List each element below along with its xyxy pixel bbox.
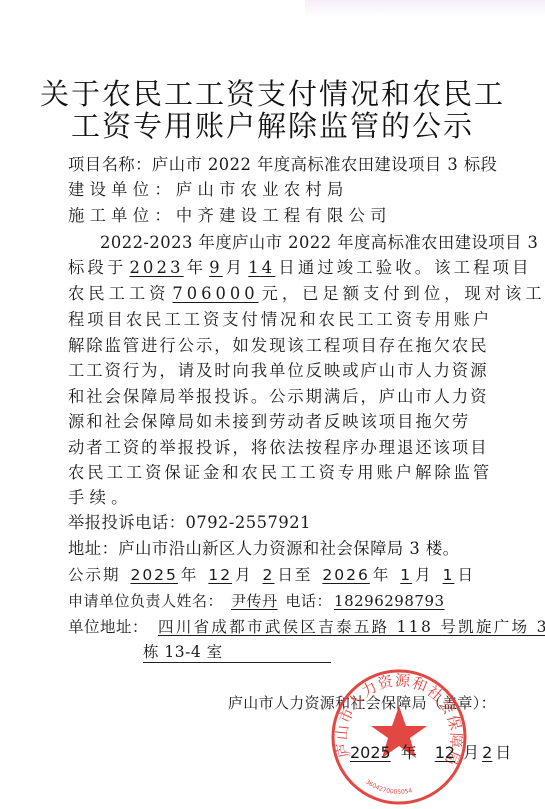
title-line-2: 工资专用账户解除监管的公示: [0, 110, 545, 142]
body-line-7: 和社会保障局举报投诉。公示期满后，庐山市人力资: [68, 387, 488, 407]
text: 月: [226, 258, 245, 277]
period-start-day: 2: [260, 566, 278, 584]
sign-year: 2025: [340, 743, 401, 762]
project-name-row: 项目名称：庐山市 2022 年度高标准农田建设项目 3 标段: [68, 155, 497, 175]
text: 日至: [277, 566, 312, 584]
unit-address-label: 单位地址：: [68, 618, 148, 636]
hotline-label: 举报投诉电话：: [68, 513, 185, 532]
body-line-10: 农民工工资保证金和农民工工资专用账户解除监管: [68, 463, 492, 483]
contractor-row: 施工单位：中齐建设工程有限公司: [68, 206, 392, 226]
builder-row: 建设单位：庐山市农业农村局: [68, 180, 349, 200]
wage-amount: 706000: [169, 284, 261, 303]
applicant-phone: 18296298793: [332, 592, 464, 610]
address-label: 地址：: [68, 539, 118, 558]
unit-address-row: 单位地址：四川省成都市武侯区吉泰五路 118 号凯旋广场 3: [68, 617, 545, 637]
text: 月: [235, 566, 253, 584]
text: 元，已足额支付到位，现对该工: [262, 284, 545, 303]
hotline-number: 0792-2557921: [185, 513, 310, 532]
unit-address-line-2: 栋 13-4 室: [143, 643, 223, 661]
project-name: 庐山市 2022 年度高标准农田建设项目 3 标段: [152, 155, 498, 174]
sign-month: 12: [417, 743, 463, 762]
acceptance-month: 9: [206, 258, 226, 277]
text: 日通过竣工验收。该工程项目: [278, 258, 531, 277]
text: 日: [495, 743, 511, 762]
text: 年: [181, 566, 199, 584]
official-seal-icon: 庐山市人力资源和社会保障局 3604270005054: [330, 668, 468, 806]
address-row: 地址：庐山市沿山新区人力资源和社会保障局 3 楼。: [68, 539, 459, 559]
project-name-label: 项目名称：: [68, 155, 152, 174]
phone-label: 电话：: [286, 592, 333, 610]
period-end-month: 1: [397, 566, 415, 584]
text: 日: [457, 566, 475, 584]
body-line-2: 标段于2023年9月14日通过竣工验收。该工程项目: [68, 258, 532, 278]
acceptance-year: 2023: [126, 258, 186, 277]
contractor: 中齐建设工程有限公司: [176, 206, 392, 225]
body-line-4: 程项目农民工工资支付情况和农民工工资专用账户: [68, 310, 492, 330]
signature-date: 2025年12月2日: [340, 740, 511, 763]
text: 月: [463, 743, 479, 762]
applicant-name: 尹传丹: [223, 592, 286, 610]
body-line-5: 解除监管进行公示，如发现该工程项目存在拖欠农民: [68, 336, 488, 356]
period-start-year: 2025: [127, 566, 180, 584]
contractor-label: 施工单位：: [68, 206, 176, 225]
builder: 庐山市农业农村局: [176, 180, 349, 199]
applicant-label: 申请单位负责人姓名：: [68, 592, 223, 610]
body-line-1: 2022-2023 年度庐山市 2022 年度高标准农田建设项目 3: [100, 233, 538, 253]
acceptance-day: 14: [245, 258, 278, 277]
unit-address-row-2: 栋 13-4 室: [143, 642, 331, 663]
unit-address-line-1: 四川省成都市武侯区吉泰五路 118 号凯旋广场 3: [148, 618, 545, 636]
body-line-9: 动者工资的举报投诉，将依法按程序办理退还该项目: [68, 438, 488, 458]
text: 年: [187, 258, 206, 277]
title-line-1: 关于农民工工资支付情况和农民工: [0, 78, 545, 110]
text: 年: [401, 743, 417, 762]
builder-label: 建设单位：: [68, 180, 176, 199]
svg-text:3604270005054: 3604270005054: [364, 778, 413, 795]
text: 农民工工资: [68, 284, 169, 303]
period-start-month: 12: [205, 566, 235, 584]
body-line-11: 手续。: [68, 488, 133, 508]
address: 庐山市沿山新区人力资源和社会保障局 3 楼。: [118, 539, 459, 558]
body-line-8: 源和社会保障局如未接到劳动者反映该项目拖欠劳: [68, 412, 470, 432]
body-line-3: 农民工工资706000元，已足额支付到位，现对该工: [68, 284, 545, 304]
period-label: 公示期: [68, 566, 121, 584]
body-line-6: 工工资行为，请及时向我单位反映或庐山市人力资源: [68, 361, 488, 381]
period-end-day: 1: [440, 566, 458, 584]
scan-tint: [305, 0, 545, 18]
sign-day: 2: [479, 743, 495, 762]
text: 标段于: [68, 258, 126, 277]
notice-period-row: 公示期 2025年 12月 2日至 2026年 1月 1日: [68, 565, 475, 585]
applicant-row: 申请单位负责人姓名：尹传丹电话：18296298793: [68, 591, 465, 611]
period-end-year: 2026: [319, 566, 372, 584]
hotline-row: 举报投诉电话：0792-2557921: [68, 513, 311, 533]
text: 年: [373, 566, 391, 584]
text: 月: [415, 566, 433, 584]
